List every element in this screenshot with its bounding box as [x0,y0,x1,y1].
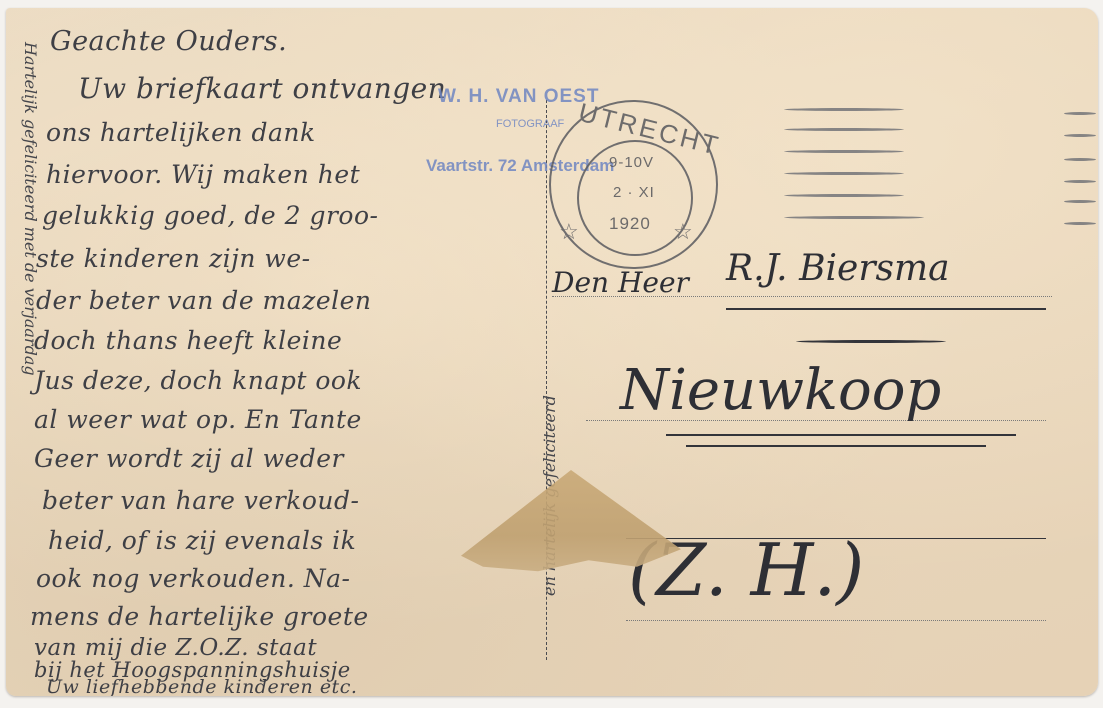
photographer-stamp-name: W. H. VAN OEST [438,86,599,108]
address-city: Nieuwkoop [620,358,941,423]
postmark: UTRECHT 9-10V 2 · XI 1920 ☆ ☆ [549,100,718,269]
address-name: R.J. Biersma [726,248,950,289]
message-line: ook nog verkouden. Na- [36,564,351,593]
star-icon: ☆ [673,220,693,245]
message-line: Uw briefkaart ontvangen [78,72,446,105]
card-divider [546,100,547,660]
message-line: gelukkig goed, de 2 groo- [42,201,379,230]
postcard: Geachte Ouders. Uw briefkaart ontvangen … [6,8,1098,696]
message-line: Uw liefhebbende kinderen etc. [46,676,357,696]
postmark-time: 9-10V [609,154,654,171]
photographer-stamp-title: FOTOGRAAF [496,118,564,130]
salutation: Geachte Ouders. [50,26,287,57]
message-line: hiervoor. Wij maken het [46,160,360,189]
message-line: Geer wordt zij al weder [34,444,344,473]
message-line: heid, of is zij evenals ik [48,526,356,555]
message-line: doch thans heeft kleine [34,326,342,355]
message-line: ons hartelijken dank [46,118,316,147]
postmark-year: 1920 [609,214,651,234]
message-line: Jus deze, doch knapt ook [34,366,362,395]
message-line: mens de hartelijke groete [30,602,369,631]
message-line: al weer wat op. En Tante [34,405,362,434]
star-icon: ☆ [559,220,579,245]
margin-note-left: Hartelijk gefeliciteerd met de verjaarda… [21,42,40,376]
message-line: ste kinderen zijn we- [36,244,311,273]
postmark-date: 2 · XI [613,184,655,201]
message-line: beter van hare verkoud- [42,486,359,515]
address-prefix: Den Heer [552,266,689,299]
message-line: der beter van de mazelen [36,286,372,315]
